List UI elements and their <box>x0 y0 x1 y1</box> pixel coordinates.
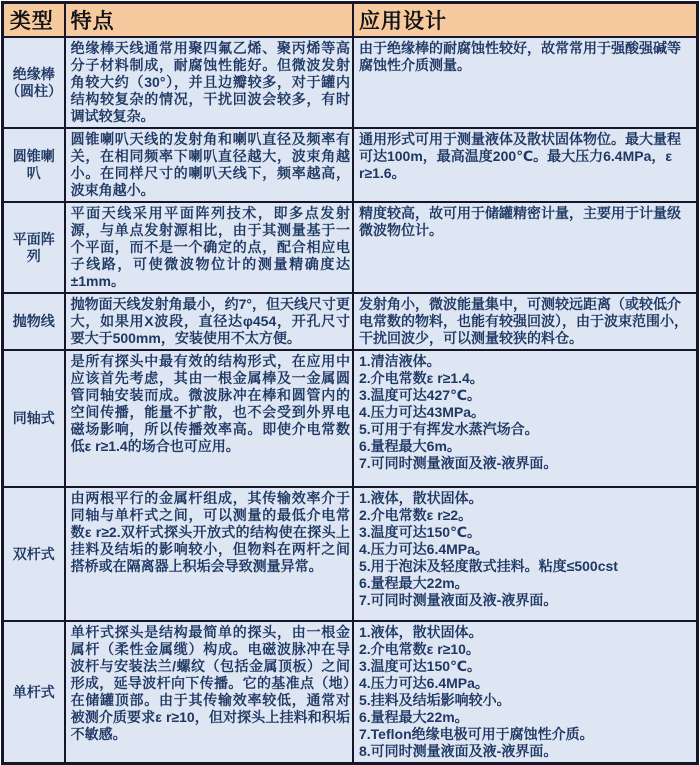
antenna-types-table: 类型 特点 应用设计 绝缘棒 （圆柱） 绝缘棒天线通常用聚四氟乙烯、聚丙烯等高分… <box>1 1 699 765</box>
header-type: 类型 <box>3 3 65 38</box>
cell-application: 由于绝缘棒的耐腐蚀性较好，故常常用于强酸强碱等腐蚀性介质测量。 <box>353 37 698 128</box>
table-row-conical-horn: 圆锥喇叭 圆锥喇叭天线的发射角和喇叭直径及频率有关，在相同频率下喇叭直径越大，波… <box>3 128 698 202</box>
table-row-planar-array: 平面阵列 平面天线采用平面阵列技术，即多点发射源，与单点发射源相比，由于其测量基… <box>3 202 698 293</box>
cell-features: 平面天线采用平面阵列技术，即多点发射源，与单点发射源相比，由于其测量基于一个平面… <box>65 202 353 293</box>
header-application: 应用设计 <box>353 3 698 38</box>
table-row-single-rod: 单杆式 单杆式探头是结构最简单的探头，由一根金属杆（柔性金属缆）构成。电磁波脉冲… <box>3 621 698 764</box>
cell-features: 绝缘棒天线通常用聚四氟乙烯、聚丙烯等高分子材料制成，耐腐蚀性能好。但微波发射角较… <box>65 37 353 128</box>
cell-type: 平面阵列 <box>3 202 65 293</box>
cell-application: 1.液体，散状固体。 2.介电常数ε r≥2。 3.温度可达150℃。 4.压力… <box>353 487 698 621</box>
cell-features: 由两根平行的金属杆组成，其传输效率介于同轴与单杆式之间，可以测量的最低介电常数ε… <box>65 487 353 621</box>
cell-application: 1.液体，散状固体。 2.介电常数ε r≥10。 3.温度可达150℃。 4.压… <box>353 621 698 764</box>
table-row-double-rod: 双杆式 由两根平行的金属杆组成，其传输效率介于同轴与单杆式之间，可以测量的最低介… <box>3 487 698 621</box>
cell-features: 是所有探头中最有效的结构形式，在应用中应该首先考虑，其由一根金属棒及一金属圆管同… <box>65 350 353 487</box>
cell-type: 圆锥喇叭 <box>3 128 65 202</box>
table-row-coaxial: 同轴式 是所有探头中最有效的结构形式，在应用中应该首先考虑，其由一根金属棒及一金… <box>3 350 698 487</box>
cell-type: 单杆式 <box>3 621 65 764</box>
cell-type: 同轴式 <box>3 350 65 487</box>
cell-features: 圆锥喇叭天线的发射角和喇叭直径及频率有关，在相同频率下喇叭直径越大，波束角越小。… <box>65 128 353 202</box>
page: 类型 特点 应用设计 绝缘棒 （圆柱） 绝缘棒天线通常用聚四氟乙烯、聚丙烯等高分… <box>0 0 700 688</box>
cell-features: 抛物面天线发射角最小，约7°，但天线尺寸更大，如果用X波段，直径达φ454，开孔… <box>65 293 353 350</box>
cell-application: 1.清洁液体。 2.介电常数ε r≥1.4。 3.温度可达427℃。 4.压力可… <box>353 350 698 487</box>
header-features: 特点 <box>65 3 353 38</box>
table-row-insulated-rod: 绝缘棒 （圆柱） 绝缘棒天线通常用聚四氟乙烯、聚丙烯等高分子材料制成，耐腐蚀性能… <box>3 37 698 128</box>
cell-application: 发射角小，微波能量集中，可测较远距离（或较低介电常数的物料，也能有较强回波），由… <box>353 293 698 350</box>
cell-application: 通用形式可用于测量液体及散状固体物位。最大量程可达100m，最高温度200℃。最… <box>353 128 698 202</box>
header-row: 类型 特点 应用设计 <box>3 3 698 38</box>
cell-type: 双杆式 <box>3 487 65 621</box>
cell-application: 精度较高，故可用于储罐精密计量，主要用于计量级微波物位计。 <box>353 202 698 293</box>
cell-type: 抛物线 <box>3 293 65 350</box>
table-row-parabolic: 抛物线 抛物面天线发射角最小，约7°，但天线尺寸更大，如果用X波段，直径达φ45… <box>3 293 698 350</box>
cell-features: 单杆式探头是结构最简单的探头，由一根金属杆（柔性金属缆）构成。电磁波脉冲在导波杆… <box>65 621 353 764</box>
cell-type: 绝缘棒 （圆柱） <box>3 37 65 128</box>
